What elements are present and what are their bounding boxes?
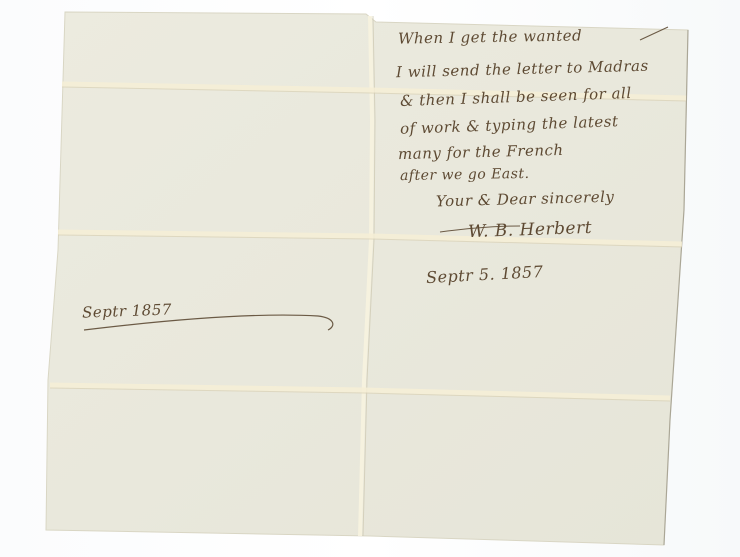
letter-line-6: after we go East. xyxy=(400,166,530,184)
docket-endorsement: Septr 1857 xyxy=(82,300,172,321)
letter-line-1: When I get the wanted xyxy=(398,26,582,47)
letter-sheet: When I get the wanted I will send the le… xyxy=(0,0,740,557)
